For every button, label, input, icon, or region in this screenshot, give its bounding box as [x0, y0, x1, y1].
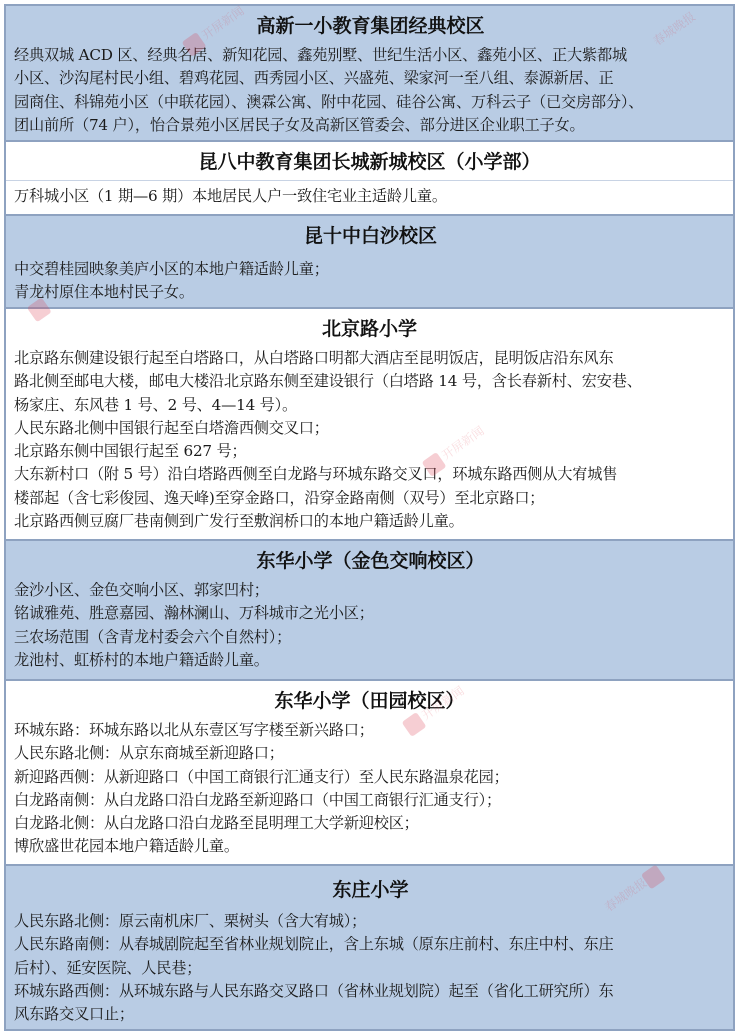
- section-donghua-jinse: 东华小学（金色交响校区） 金沙小区、金色交响小区、郭家凹村； 铭诚雅苑、胜意嘉园…: [6, 541, 733, 681]
- text-line: 金沙小区、金色交响小区、郭家凹村；: [14, 579, 727, 602]
- section-body: 经典双城 ACD 区、经典名居、新知花园、鑫苑别墅、世纪生活小区、鑫苑小区、正大…: [14, 44, 727, 137]
- section-title: 昆八中教育集团长城新城校区（小学部）: [6, 142, 733, 181]
- text-line: 团山前所（74 户），怡合景苑小区居民子女及高新区管委会、部分进区企业职工子女。: [14, 114, 727, 137]
- section-dongzhuang: 东庄小学 人民东路北侧：原云南机床厂、栗树头（含大宥城）； 人民东路南侧：从春城…: [6, 866, 733, 1029]
- text-line: 新迎路西侧：从新迎路口（中国工商银行汇通支行）至人民东路温泉花园；: [14, 766, 727, 789]
- text-line: 白龙路南侧：从白龙路口沿白龙路至新迎路口（中国工商银行汇通支行）；: [14, 789, 727, 812]
- section-kun10-baisha: 昆十中白沙校区 中交碧桂园映象美庐小区的本地户籍适龄儿童； 青龙村原住本地村民子…: [6, 216, 733, 309]
- text-line: 杨家庄、东风巷 1 号、2 号、4—14 号）。: [14, 394, 727, 417]
- text-line: 人民东路北侧中国银行起至白塔澹西侧交叉口；: [14, 417, 727, 440]
- text-line: 北京路西侧豆腐厂巷南侧到广发行至敷润桥口的本地户籍适龄儿童。: [14, 510, 727, 533]
- section-title: 东华小学（金色交响校区）: [14, 541, 727, 579]
- text-line: 路北侧至邮电大楼，邮电大楼沿北京路东侧至建设银行（白塔路 14 号，含长春新村、…: [14, 370, 727, 393]
- section-body: 中交碧桂园映象美庐小区的本地户籍适龄儿童； 青龙村原住本地村民子女。: [14, 254, 727, 305]
- text-line: 园商住、科锦苑小区（中联花园）、澳霖公寓、附中花园、硅谷公寓、万科云子（已交房部…: [14, 91, 727, 114]
- section-title: 高新一小教育集团经典校区: [14, 6, 727, 44]
- text-line: 环城东路：环城东路以北从东壹区写字楼至新兴路口；: [14, 719, 727, 742]
- text-line: 万科城小区（1 期—6 期）本地居民人户一致住宅业主适龄儿童。: [14, 185, 727, 208]
- text-line: 北京路东侧中国银行起至 627 号；: [14, 440, 727, 463]
- text-line: 北京路东侧建设银行起至白塔路口，从白塔路口明都大酒店至昆明饭店，昆明饭店沿东风东: [14, 347, 727, 370]
- section-body: 金沙小区、金色交响小区、郭家凹村； 铭诚雅苑、胜意嘉园、瀚林澜山、万科城市之光小…: [14, 579, 727, 672]
- section-gaoxin-no1-jingdian: 高新一小教育集团经典校区 经典双城 ACD 区、经典名居、新知花园、鑫苑别墅、世…: [6, 6, 733, 142]
- section-title: 东华小学（田园校区）: [6, 681, 733, 719]
- school-district-table: 高新一小教育集团经典校区 经典双城 ACD 区、经典名居、新知花园、鑫苑别墅、世…: [4, 4, 735, 1031]
- text-line: 经典双城 ACD 区、经典名居、新知花园、鑫苑别墅、世纪生活小区、鑫苑小区、正大…: [14, 44, 727, 67]
- text-line: 人民东路北侧：原云南机床厂、栗树头（含大宥城）；: [14, 910, 727, 933]
- text-line: 铭诚雅苑、胜意嘉园、瀚林澜山、万科城市之光小区；: [14, 602, 727, 625]
- text-line: 人民东路北侧：从京东商城至新迎路口；: [14, 742, 727, 765]
- section-donghua-tianyuan: 东华小学（田园校区） 环城东路：环城东路以北从东壹区写字楼至新兴路口； 人民东路…: [6, 681, 733, 866]
- text-line: 中交碧桂园映象美庐小区的本地户籍适龄儿童；: [14, 258, 727, 281]
- text-line: 三农场范围（含青龙村委会六个自然村）；: [14, 626, 727, 649]
- text-line: 人民东路南侧：从春城剧院起至省林业规划院止，含上东城（原东庄前村、东庄中村、东庄: [14, 933, 727, 956]
- section-body: 万科城小区（1 期—6 期）本地居民人户一致住宅业主适龄儿童。: [14, 181, 727, 208]
- section-body: 环城东路：环城东路以北从东壹区写字楼至新兴路口； 人民东路北侧：从京东商城至新迎…: [14, 719, 727, 859]
- section-title: 北京路小学: [6, 309, 733, 347]
- text-line: 青龙村原住本地村民子女。: [14, 281, 727, 304]
- section-beijinglu: 北京路小学 北京路东侧建设银行起至白塔路口，从白塔路口明都大酒店至昆明饭店，昆明…: [6, 309, 733, 541]
- text-line: 后村）、延安医院、人民巷；: [14, 957, 727, 980]
- text-line: 博欣盛世花园本地户籍适龄儿童。: [14, 835, 727, 858]
- section-title: 东庄小学: [14, 866, 727, 910]
- text-line: 大东新村口（附 5 号）沿白塔路西侧至白龙路与环城东路交叉口，环城东路西侧从大宥…: [14, 463, 727, 486]
- section-kun8-changcheng: 昆八中教育集团长城新城校区（小学部） 万科城小区（1 期—6 期）本地居民人户一…: [6, 142, 733, 216]
- text-line: 楼部起（含七彩俊园、逸天峰)至穿金路口，沿穿金路南侧（双号）至北京路口；: [14, 487, 727, 510]
- text-line: 小区、沙沟尾村民小组、碧鸡花园、西秀园小区、兴盛苑、梁家河一至八组、泰源新居、正: [14, 67, 727, 90]
- section-body: 北京路东侧建设银行起至白塔路口，从白塔路口明都大酒店至昆明饭店，昆明饭店沿东风东…: [14, 347, 727, 533]
- text-line: 白龙路北侧：从白龙路口沿白龙路至昆明理工大学新迎校区；: [14, 812, 727, 835]
- text-line: 环城东路西侧：从环城东路与人民东路交叉路口（省林业规划院）起至（省化工研究所）东: [14, 980, 727, 1003]
- text-line: 龙池村、虹桥村的本地户籍适龄儿童。: [14, 649, 727, 672]
- text-line: 风东路交叉口止；: [14, 1003, 727, 1026]
- section-body: 人民东路北侧：原云南机床厂、栗树头（含大宥城）； 人民东路南侧：从春城剧院起至省…: [14, 910, 727, 1026]
- section-title: 昆十中白沙校区: [14, 216, 727, 254]
